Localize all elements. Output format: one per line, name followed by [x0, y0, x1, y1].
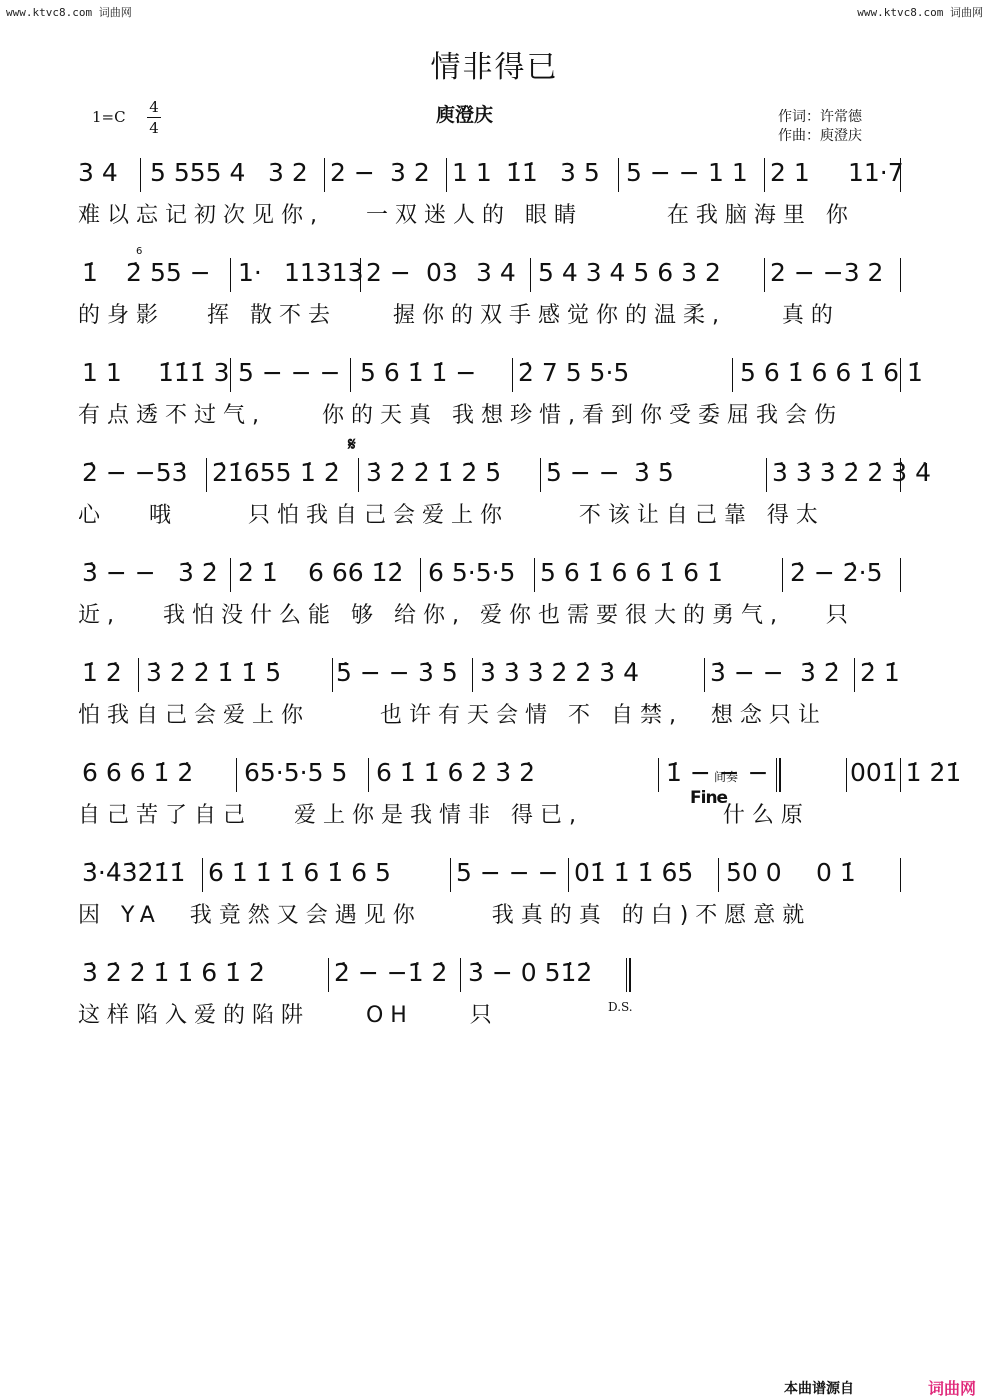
note-group: 11·7	[848, 160, 904, 186]
note-group: 1 1	[452, 160, 492, 186]
note-group: 5 4 3 4 5 6 3 2	[538, 260, 721, 286]
barline	[202, 858, 203, 892]
barline	[658, 758, 659, 792]
song-title: 情非得已	[0, 42, 989, 86]
barline	[732, 358, 733, 392]
note-group: 3̇ − −	[82, 560, 156, 586]
dal-segno-marker: D.S.	[608, 1000, 633, 1014]
barline	[206, 458, 207, 492]
note-group: 3 2	[390, 160, 430, 186]
note-group: 2̇ − −1̇ 2̇	[334, 960, 447, 986]
barline	[472, 658, 473, 692]
barline	[540, 458, 541, 492]
barline	[360, 258, 361, 292]
lyrics-line: 心 哦 只怕我自己会爱上你 不该让自己靠 得太	[78, 498, 825, 529]
barline	[450, 858, 451, 892]
lyrics-line: 的身影 挥 散不去 握你的双手感觉你的温柔, 真的	[78, 298, 840, 329]
composer-credit: 作曲：庾澄庆	[778, 127, 862, 146]
note-group: 2 − −3 2	[770, 260, 883, 286]
barline	[512, 358, 513, 392]
double-barline	[626, 958, 631, 992]
note-group: 5 − − −	[456, 860, 559, 886]
note-group: 1̇ 2̇	[300, 460, 340, 486]
score-row: 3̇ − −3̇ 2̇2̇ 1̇6 66 1̇2̇6 5·5·55 6 1̇ 6…	[78, 548, 908, 638]
score-row: 6 6 6 1̇ 2̇65·5·5 56 1̇ 1̇ 6 2̇ 3̇ 2̇1̇ …	[78, 748, 908, 838]
notation-line: 3̇ − −3̇ 2̇2̇ 1̇6 66 1̇2̇6 5·5·55 6 1̇ 6…	[78, 548, 908, 592]
note-group: 3 5	[560, 160, 600, 186]
note-group: 3 4	[78, 160, 118, 186]
lyrics-line: 这样陷入爱的陷阱 OH 只	[78, 998, 499, 1029]
barline	[332, 658, 333, 692]
barline	[140, 158, 141, 192]
barline	[138, 658, 139, 692]
score-row: 3̇·4̇3̇2̇1̇1̇6 1̇ 1̇ 1̇ 6 1̇ 6 55 − − −0…	[78, 848, 908, 938]
barline	[764, 258, 765, 292]
score-row: 3 45 555 43 22 −3 21 11̇1̇3 55 − −1 12 1…	[78, 148, 908, 238]
note-group: 2 1	[770, 160, 810, 186]
note-group: 6 6 6 1̇ 2̇	[82, 760, 193, 786]
note-group: 11313	[284, 260, 364, 286]
note-group: 2̇ − −53̇	[82, 460, 188, 486]
note-group: 3̇ 2̇ 2̇ 1̇ 2̇ 5̇	[366, 460, 501, 486]
barline	[328, 958, 329, 992]
note-group: 3̇ 2̇ 2̇ 1̇ 1̇ 5̇	[146, 660, 281, 686]
note-group: 3̇ 2̇ 2̇ 1̇ 1̇ 6 1̇ 2̇	[82, 960, 265, 986]
note-group: 55 −	[150, 260, 211, 286]
note-group: 3̇ − −	[710, 660, 784, 686]
note-group: 1 1	[708, 160, 748, 186]
barline	[368, 758, 369, 792]
note-group: 6 66 1̇2̇	[308, 560, 403, 586]
lyrics-line: 有点透不过气, 你的天真 我想珍惜,看到你受委屈我会伤	[78, 398, 843, 429]
note-group: 5 6 1̇ 1̇ −	[360, 360, 476, 386]
barline	[446, 158, 447, 192]
notation-line: 1̇2̇55 −1·113132 −033 45 4 3 4 5 6 3 22 …	[78, 248, 908, 292]
note-group: 5 555 4	[150, 160, 245, 186]
note-group: 1̇1̇	[506, 160, 538, 186]
barline	[782, 558, 783, 592]
note-group: 2 −	[330, 160, 375, 186]
barline	[568, 858, 569, 892]
time-signature-bottom: 4	[147, 119, 161, 137]
barline	[350, 358, 351, 392]
note-group: 5 6 1̇ 6 6 1̇ 6 1̇	[740, 360, 923, 386]
lyrics-line: 近, 我怕没什么能 够 给你, 爱你也需要很大的勇气, 只	[78, 598, 855, 629]
note-group: 3̇ 2̇	[178, 560, 218, 586]
barline	[764, 158, 765, 192]
note-group: 3̇ 3̇ 3̇ 2̇ 2̇ 3̇ 4̇	[480, 660, 639, 686]
singer-name: 庾澄庆	[436, 100, 493, 127]
barline	[534, 558, 535, 592]
barline	[900, 358, 901, 392]
note-group: 1 1	[82, 360, 122, 386]
note-group: 5 − −	[626, 160, 700, 186]
note-group: 6 5·5·5	[428, 560, 515, 586]
barline	[324, 158, 325, 192]
lyrics-line: 难以忘记初次见你, 一双迷人的 眼睛 在我脑海里 你	[78, 198, 855, 229]
barline	[900, 858, 901, 892]
note-group: 1̇	[82, 260, 98, 286]
notation-line: 2̇ − −53̇2̇1̇6551̇ 2̇3̇ 2̇ 2̇ 1̇ 2̇ 5̇5̇…	[78, 448, 908, 492]
note-group: 03	[426, 260, 458, 286]
barline	[358, 458, 359, 492]
notation-line: 3̇·4̇3̇2̇1̇1̇6 1̇ 1̇ 1̇ 6 1̇ 6 55 − − −0…	[78, 848, 908, 892]
note-group: 1·	[238, 260, 262, 286]
barline	[236, 758, 237, 792]
score-row: 1̇2̇55 −1·113132 −033 45 4 3 4 5 6 3 22 …	[78, 248, 908, 338]
lyrics-line: 自己苦了自己 爱上你是我情非 得已, 什么原	[78, 798, 810, 829]
barline	[230, 258, 231, 292]
barline	[530, 258, 531, 292]
barline	[900, 158, 901, 192]
score-row: 1̇ 2̇3̇ 2̇ 2̇ 1̇ 1̇ 5̇5̇ − −3̇ 5̇3̇ 3̇ 3…	[78, 648, 908, 738]
double-barline	[776, 758, 781, 792]
lyrics-line: 怕我自己会爱上你 也许有天会情 不 自禁, 想念只让	[78, 698, 827, 729]
barline	[230, 558, 231, 592]
note-group: 2̇ 7 5 5·5	[518, 360, 629, 386]
barline	[420, 558, 421, 592]
watermark-right: www.ktvc8.com 词曲网	[857, 4, 983, 20]
note-group: 3 2	[268, 160, 308, 186]
note-group: 5̇ − −	[546, 460, 620, 486]
note-group: 0 1̇	[816, 860, 856, 886]
barline	[900, 558, 901, 592]
note-group: 001̇ 1̇ 2̇1̇	[850, 760, 961, 786]
note-group: 2 −	[366, 260, 411, 286]
score-row: 1 11̇1̇1̇ 35 − − −5 6 1̇ 1̇ −2̇ 7 5 5·55…	[78, 348, 908, 438]
notation-line: 3̇ 2̇ 2̇ 1̇ 1̇ 6 1̇ 2̇2̇ − −1̇ 2̇3̇ − 0 …	[78, 948, 908, 992]
barline	[718, 858, 719, 892]
segno-icon: 𝄋	[348, 434, 356, 455]
note-group: 3̇ 5̇	[634, 460, 674, 486]
note-group: 5 − − −	[238, 360, 341, 386]
note-group: 6 1̇ 1̇ 1̇ 6 1̇ 6 5	[208, 860, 391, 886]
time-signature-top: 4	[147, 98, 161, 116]
note-group: 1̇1̇1̇ 3	[158, 360, 230, 386]
note-group: 5̇0 0	[726, 860, 782, 886]
credits: 作词：许常德 作曲：庾澄庆	[778, 108, 862, 146]
barline	[900, 458, 901, 492]
notation-line: 1̇ 2̇3̇ 2̇ 2̇ 1̇ 1̇ 5̇5̇ − −3̇ 5̇3̇ 3̇ 3…	[78, 648, 908, 692]
note-group: 2̇ − 2̇·5	[790, 560, 883, 586]
note-group: 5 6 1̇ 6 6 1̇ 6 1̇	[540, 560, 723, 586]
note-group: 2̇1̇655	[212, 460, 292, 486]
notation-line: 1 11̇1̇1̇ 35 − − −5 6 1̇ 1̇ −2̇ 7 5 5·55…	[78, 348, 908, 392]
barline	[704, 658, 705, 692]
barline	[618, 158, 619, 192]
notation-line: 3 45 555 43 22 −3 21 11̇1̇3 55 − −1 12 1…	[78, 148, 908, 192]
lyrics-line: 因 YA 我竟然又会遇见你 我真的真 的白)不愿意就	[78, 898, 811, 929]
note-group: 6 1̇ 1̇ 6 2̇ 3̇ 2̇	[376, 760, 535, 786]
barline	[846, 758, 847, 792]
note-group: 5̇ − −	[336, 660, 410, 686]
note-group: 3̇·4̇3̇2̇1̇1̇	[82, 860, 185, 886]
note-group: 65·5·5 5	[244, 760, 347, 786]
note-group: 2̇	[126, 260, 142, 286]
barline	[766, 458, 767, 492]
barline	[900, 258, 901, 292]
time-signature: 4 4	[147, 98, 161, 137]
note-group: 1̇ 2̇	[82, 660, 122, 686]
barline	[854, 658, 855, 692]
note-group: 3̇ 3̇ 3̇ 2̇ 2̇ 3̇ 4̇	[772, 460, 931, 486]
footer-source-label: 本曲谱源自	[784, 1378, 854, 1398]
lyricist-credit: 作词：许常德	[778, 108, 862, 127]
note-group: 2̇ 1̇	[860, 660, 900, 686]
note-group: 3̇ 5̇	[418, 660, 458, 686]
score-row: 3̇ 2̇ 2̇ 1̇ 1̇ 6 1̇ 2̇2̇ − −1̇ 2̇3̇ − 0 …	[78, 948, 908, 1038]
note-group: 3̇ − 0 51̇2̇	[468, 960, 592, 986]
footer-brand-logo[interactable]: 词曲网	[928, 1376, 976, 1399]
note-group: 3 4	[476, 260, 516, 286]
key-signature: 1=C	[92, 108, 126, 126]
barline	[900, 758, 901, 792]
notation-line: 6 6 6 1̇ 2̇65·5·5 56 1̇ 1̇ 6 2̇ 3̇ 2̇1̇ …	[78, 748, 908, 792]
grace-note: 6	[136, 246, 142, 257]
watermark-left: www.ktvc8.com 词曲网	[6, 4, 132, 20]
note-group: 01̇ 1̇ 1̇ 6̇5̇	[574, 860, 693, 886]
score-row: 2̇ − −53̇2̇1̇6551̇ 2̇3̇ 2̇ 2̇ 1̇ 2̇ 5̇5̇…	[78, 448, 908, 538]
note-group: 3̇ 2̇	[800, 660, 840, 686]
interlude-label: 间奏	[714, 768, 738, 785]
barline	[230, 358, 231, 392]
barline	[460, 958, 461, 992]
note-group: 2̇ 1̇	[238, 560, 278, 586]
